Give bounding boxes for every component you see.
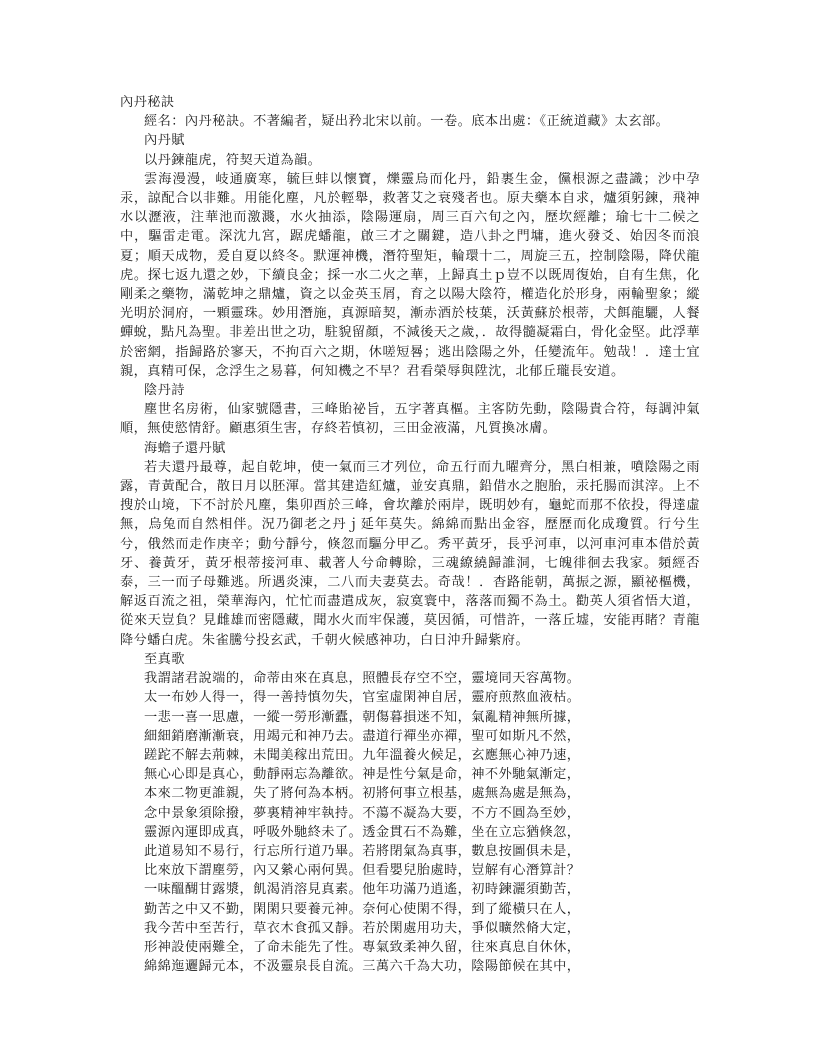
verse-line: 靈源內運即成真，呼吸外馳終未了。透金貫石不為難，坐在立忘猶倏忽， bbox=[120, 823, 700, 842]
verse-line: 念中景象須除撥，夢裏精神牢執持。不蕩不凝為大要，不方不圓為至妙， bbox=[120, 804, 700, 823]
section-heading-zhizhen-ge: 至真歌 bbox=[120, 650, 700, 669]
section-body-yindan-shi: 塵世名房術，仙家號隱書，三峰貽祕旨，五字著真樞。主客防先動，陰陽貴合符，每調沖氣… bbox=[120, 400, 700, 438]
verse-line: 此道易知不易行，行忘所行道乃畢。若將閉氣為真事，數息按圖俱未是， bbox=[120, 842, 700, 861]
section-subtitle-neidan-fu: 以丹鍊龍虎，符契天道為韻。 bbox=[120, 151, 700, 170]
section-heading-neidan-fu: 內丹賦 bbox=[120, 131, 700, 150]
verse-line: 太一布妙人得一，得一善持慎勿失，官室虛閑神自居，靈府煎熬血液枯。 bbox=[120, 688, 700, 707]
verse-line: 我今苦中至苦行，草衣木食孤又靜。若於閑處用功夫，爭似曠然脩大定， bbox=[120, 919, 700, 938]
document-page: 內丹秘訣 經名：內丹秘訣。不著編者，疑出矜北宋以前。一卷。底本出處：《正統道藏》… bbox=[120, 93, 700, 976]
verse-line: 一味醞醐甘露漿，飢渴消溶見真素。他年功滿乃逍遙，初時鍊灑須勤苦， bbox=[120, 880, 700, 899]
verse-line: 本來二物更誰親，失了將何為本柄。初將何事立根基，處無為處是無為， bbox=[120, 784, 700, 803]
verse-line: 比來放下謂塵勞，內又縈心兩何異。但看嬰兒胎處時，豈解有心潛算計？ bbox=[120, 861, 700, 880]
verse-line: 勤苦之中又不勤，閑閑只要養元神。奈何心使閑不得，到了縱橫只在人， bbox=[120, 900, 700, 919]
document-title: 內丹秘訣 bbox=[120, 93, 700, 112]
verse-line: 無心心即是真心，動靜兩忘為離欲。神是性兮氣是命，神不外馳氣漸定， bbox=[120, 765, 700, 784]
section-body-haichanzi-huandan-fu: 若夫還丹最尊，起自乾坤，使一氣而三才列位，命五行而九曜齊分，黑白相兼，噴陰陽之雨… bbox=[120, 458, 700, 650]
verse-line: 形神設使兩難全，了命未能先了性。專氣致柔神久留，往來真息自休休， bbox=[120, 938, 700, 957]
verse-line: 綿綿迤邐歸元本，不汲靈泉長自流。三萬六千為大功，陰陽節候在其中， bbox=[120, 957, 700, 976]
verse-line: 細細銷磨漸漸衰，用竭元和神乃去。盡道行禪坐亦禪，聖可如斯凡不然， bbox=[120, 727, 700, 746]
verse-line: 我謂諸君說端的，命蒂由來在真息，照體長存空不空，靈境同天容萬物。 bbox=[120, 669, 700, 688]
section-body-neidan-fu: 雲海漫漫，岐通廣寒，毓巨蚌以懷寶，爍靈烏而化丹，鉛裹生金，儻根源之盡識；沙中孕汞… bbox=[120, 170, 700, 381]
section-heading-yindan-shi: 陰丹詩 bbox=[120, 381, 700, 400]
section-heading-haichanzi-huandan-fu: 海蟾子還丹賦 bbox=[120, 439, 700, 458]
verse-line: 一悲一喜一思慮，一縱一勞形漸蠹，朝傷暮損迷不知，氣亂精神無所據， bbox=[120, 708, 700, 727]
document-meta: 經名：內丹秘訣。不著編者，疑出矜北宋以前。一卷。底本出處：《正統道藏》太玄部。 bbox=[120, 112, 700, 131]
verse-line: 蹉跎不解去荊棘，未聞美稼出荒田。九年溫養火候足，玄應無心神乃速， bbox=[120, 746, 700, 765]
